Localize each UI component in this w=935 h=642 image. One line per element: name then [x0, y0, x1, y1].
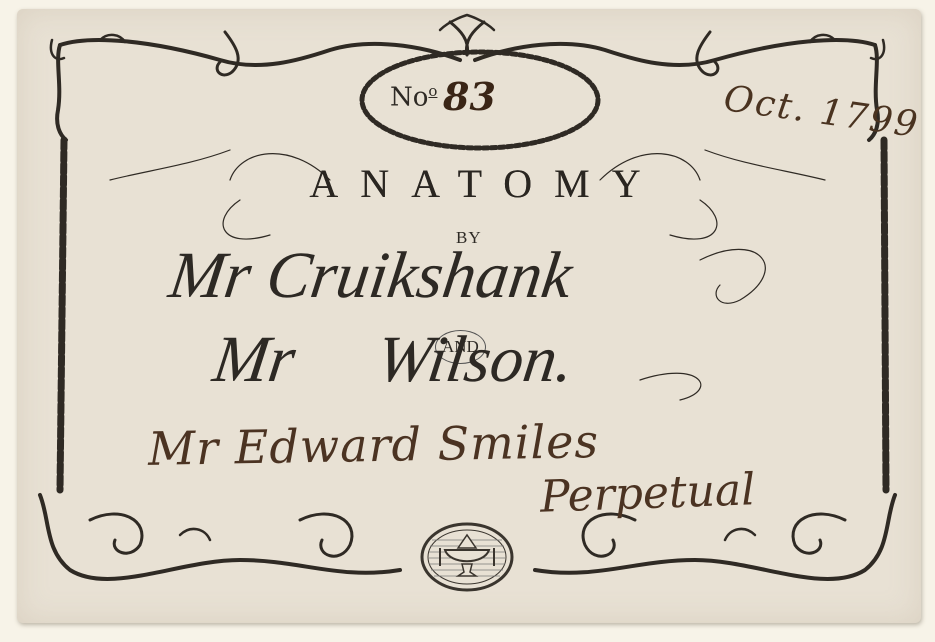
- course-title: ANATOMY: [226, 160, 746, 207]
- lecturer-2: Mr Wilson.: [209, 322, 579, 398]
- ticket-type: Perpetual: [539, 464, 756, 522]
- ticket-holder-name: Mr Edward Smiles: [148, 414, 600, 476]
- ticket-number-label: Noo: [390, 82, 437, 113]
- urn-emblem: [422, 524, 512, 590]
- ticket-number-value: 83: [443, 74, 496, 119]
- lecturer-1: Mr Cruikshank: [165, 238, 577, 314]
